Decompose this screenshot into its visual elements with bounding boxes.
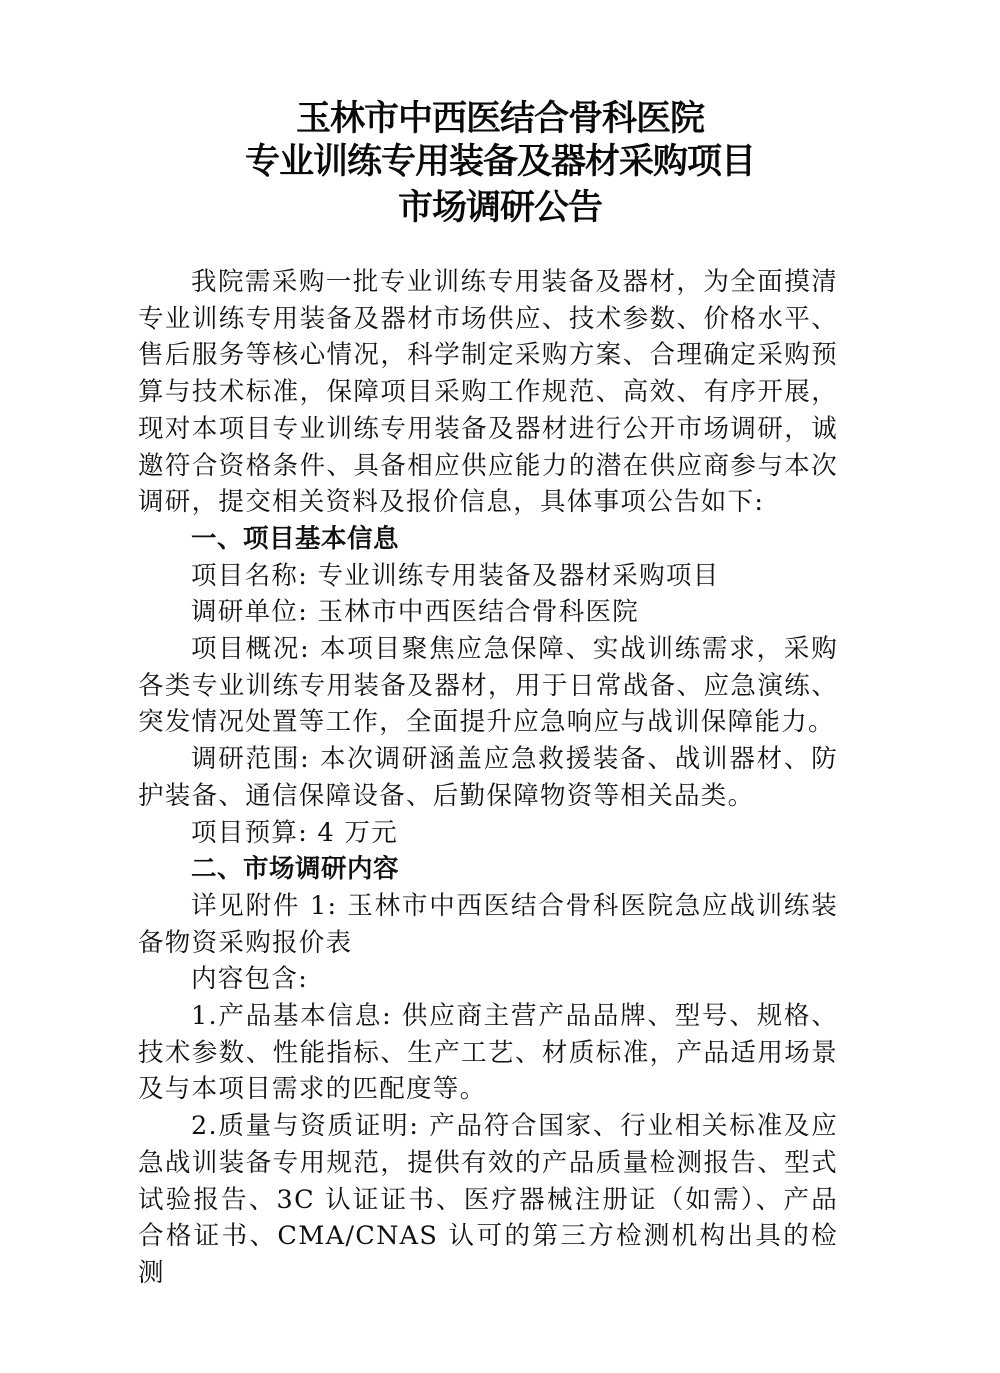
- attachment-paragraph: 详见附件 1: 玉林市中西医结合骨科医院急应战训练装备物资采购报价表: [138, 888, 838, 961]
- scope-paragraph: 调研范围: 本次调研涵盖应急救援装备、战训器材、防护装备、通信保障设备、后勤保障…: [138, 741, 838, 814]
- overview-paragraph: 项目概况: 本项目聚焦应急保障、实战训练需求，采购各类专业训练专用装备及器材，用…: [138, 631, 838, 741]
- item-2-paragraph: 2.质量与资质证明: 产品符合国家、行业相关标准及应急战训装备专用规范，提供有效…: [138, 1108, 838, 1292]
- title-announcement: 市场调研公告: [0, 186, 1000, 230]
- section-1-heading: 一、项目基本信息: [138, 521, 838, 558]
- document-body: 我院需采购一批专业训练专用装备及器材，为全面摸清专业训练专用装备及器材市场供应、…: [138, 264, 838, 1292]
- section-2-heading: 二、市场调研内容: [138, 851, 838, 888]
- title-project-name: 专业训练专用装备及器材采购项目: [0, 140, 1000, 184]
- document-page: 玉林市中西医结合骨科医院 专业训练专用装备及器材采购项目 市场调研公告 我院需采…: [0, 0, 1000, 1373]
- item-1-paragraph: 1.产品基本信息: 供应商主营产品品牌、型号、规格、技术参数、性能指标、生产工艺…: [138, 998, 838, 1108]
- project-name-line: 项目名称: 专业训练专用装备及器材采购项目: [138, 558, 838, 595]
- contents-label: 内容包含:: [138, 961, 838, 998]
- budget-line: 项目预算: 4 万元: [138, 815, 838, 852]
- title-hospital-name: 玉林市中西医结合骨科医院: [0, 97, 1000, 141]
- intro-paragraph: 我院需采购一批专业训练专用装备及器材，为全面摸清专业训练专用装备及器材市场供应、…: [138, 264, 838, 521]
- research-unit-line: 调研单位: 玉林市中西医结合骨科医院: [138, 594, 838, 631]
